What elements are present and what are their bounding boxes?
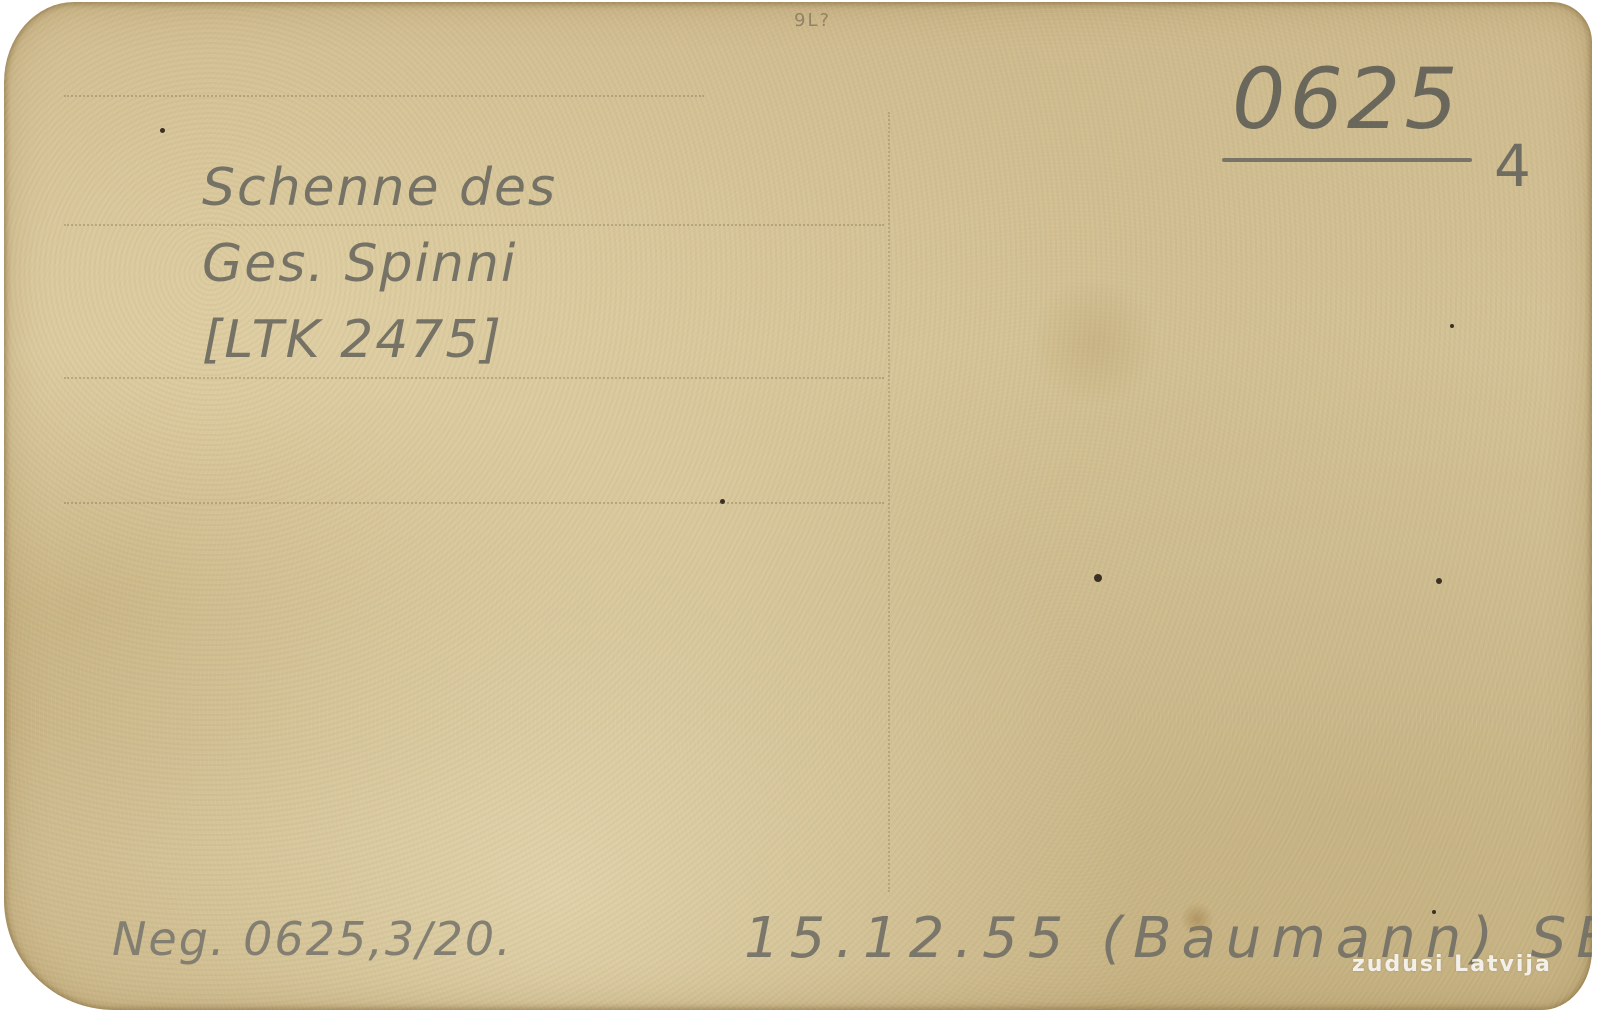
watermark: zudusi Latvija: [1352, 952, 1552, 977]
caption-line-2: Ges. Spinni: [202, 226, 557, 302]
address-divider: [888, 112, 890, 892]
top-mark: 9L?: [794, 10, 831, 31]
ruled-line: [64, 95, 704, 97]
photo-card-back: 9L? Schenne des Ges. Spinni [LTK 2475] 0…: [4, 2, 1592, 1010]
foxing-spot: [1094, 574, 1102, 582]
foxing-spot: [1450, 324, 1454, 328]
archive-number-underline: [1222, 158, 1472, 162]
stain: [1180, 902, 1214, 936]
foxing-spot: [720, 499, 725, 504]
caption-line-3: [LTK 2475]: [202, 302, 557, 378]
caption-line-1: Schenne des: [202, 150, 557, 226]
caption: Schenne des Ges. Spinni [LTK 2475]: [202, 150, 557, 378]
foxing-spot: [160, 128, 165, 133]
ruled-line: [64, 502, 884, 504]
archive-number: 0625: [1232, 50, 1462, 148]
foxing-spot: [1436, 578, 1442, 584]
negative-reference: Neg. 0625,3/20.: [112, 912, 513, 966]
archive-sub-number: 4: [1494, 132, 1533, 200]
foxing-spot: [1432, 910, 1436, 914]
stain: [1034, 272, 1154, 412]
